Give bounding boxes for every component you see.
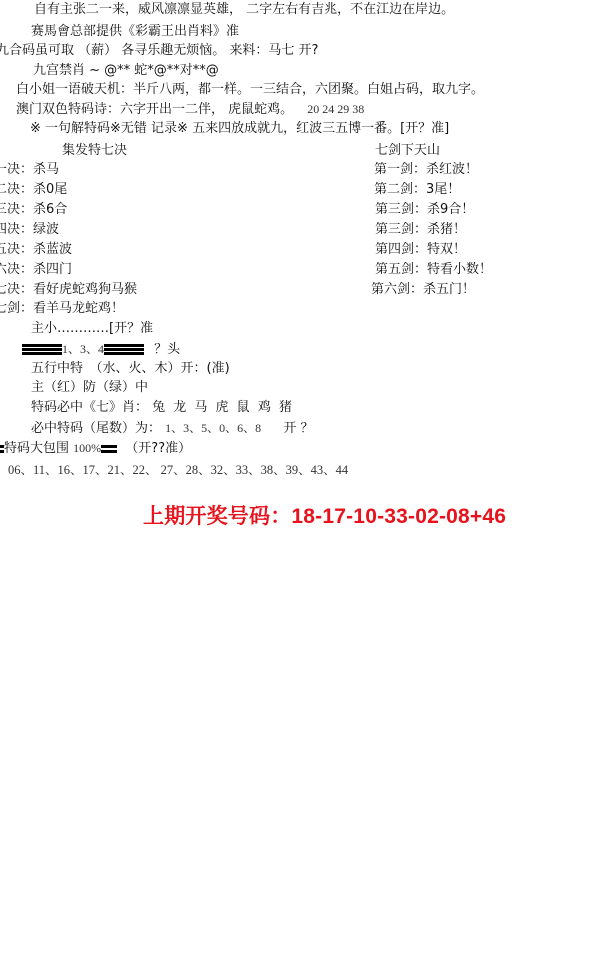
left-item-label: 七决： — [0, 282, 33, 297]
right-item: 第六剑：杀五门！ — [371, 282, 475, 298]
zodiac-line: 特码必中《七》肖： 兔 龙 马 虎 鼠 鸡 猪 — [31, 400, 294, 416]
left-item-value: 杀马 — [33, 162, 59, 177]
right-item-label: 第二剑： — [374, 182, 426, 197]
right-item-label: 第四剑： — [375, 242, 427, 257]
encircle-line: 特码大包围 100% （开??准） — [0, 440, 191, 457]
encircle-pct: 100% — [73, 441, 101, 455]
left-item-value: 看羊马龙蛇鸡！ — [33, 301, 124, 316]
left-item-label: 六决： — [0, 262, 33, 277]
triple-bar-icon — [104, 344, 144, 355]
double-bar-icon — [0, 444, 4, 453]
tail-suffix: 开 ？ — [283, 421, 313, 436]
double-bar-icon — [101, 444, 117, 453]
left-item: 五决：杀蓝波 — [0, 242, 72, 258]
left-item: 三决：杀6合 — [0, 202, 67, 218]
header-line-2: 赛馬會总部提供《彩霸王出肖料》准 — [31, 24, 239, 40]
header-line-5: 白小姐一语破天机：半斤八两，都一样。一三结合，六团聚。白姐占码，取九字。 — [16, 82, 484, 98]
main-defense-line: 主（红）防（绿）中 — [31, 380, 148, 396]
tail-label: 必中特码（尾数）为： — [31, 421, 161, 436]
left-item: 四决：绿波 — [0, 222, 59, 238]
left-item-label: 二决： — [0, 182, 33, 197]
left-item-value: 看好虎蛇鸡狗马猴 — [33, 282, 137, 297]
left-item-value: 杀0尾 — [33, 182, 67, 197]
right-section-title: 七剑下天山 — [375, 143, 440, 159]
right-item-value: 杀五门！ — [423, 282, 475, 297]
tail-numbers: 1、3、5、0、6、8 — [165, 421, 261, 435]
left-item-label: 一决： — [0, 162, 33, 177]
right-item: 第三剑：杀9合！ — [375, 202, 474, 218]
right-item-label: 第六剑： — [371, 282, 423, 297]
right-item-value: 特看小数！ — [427, 262, 492, 277]
left-item-value: 杀6合 — [33, 202, 67, 217]
right-item: 第四剑：特双！ — [375, 242, 466, 258]
header-line-4: 九宫禁肖 ~ @** 蛇*@**对**@ — [33, 63, 219, 79]
left-item-label: 七剑： — [0, 301, 33, 316]
right-item-value: 杀猪！ — [427, 222, 466, 237]
bar-suffix: ？头 — [154, 342, 180, 357]
header-line-1: 自有主张二一来，威风凛凛显英雄， 二字左右有吉兆，不在江边在岸边。 — [34, 2, 454, 18]
main-small-line: 主小…………[开？准 — [31, 321, 153, 337]
left-item: 一决：杀马 — [0, 162, 59, 178]
left-item-label: 四决： — [0, 222, 33, 237]
poem-text: 澳门双色特码诗：六字开出一二伴， 虎鼠蛇鸡。 — [16, 102, 293, 117]
right-item-value: 特双！ — [427, 242, 466, 257]
right-item-label: 第三剑： — [375, 202, 427, 217]
left-item: 二决：杀0尾 — [0, 182, 67, 198]
header-line-7: ※ 一句解特码※无错 记录※ 五来四放成就九，红波三五博一番。[开？准] — [30, 121, 449, 137]
right-item-label: 第五剑： — [375, 262, 427, 277]
right-item-value: 3尾！ — [426, 182, 460, 197]
tail-line: 必中特码（尾数）为： 1、3、5、0、6、8 开 ？ — [31, 420, 313, 437]
left-item: 七剑：看羊马龙蛇鸡！ — [0, 301, 124, 317]
header-line-3: 九合码虽可取 （薪） 各寻乐趣无烦恼。 来料：马七 开? — [0, 43, 318, 59]
right-item: 第五剑：特看小数！ — [375, 262, 492, 278]
right-item-label: 第一剑： — [374, 162, 426, 177]
encircle-label: 特码大包围 — [4, 441, 69, 456]
right-item-label: 第三剑： — [375, 222, 427, 237]
last-draw-numbers: 18-17-10-33-02-08+46 — [291, 505, 506, 528]
last-draw-label: 上期开奖号码： — [143, 505, 291, 528]
right-item: 第二剑：3尾！ — [374, 182, 460, 198]
left-item: 六决：杀四门 — [0, 262, 72, 278]
left-item-label: 五决： — [0, 242, 33, 257]
last-draw-banner: 上期开奖号码：18-17-10-33-02-08+46 — [143, 504, 506, 530]
right-item-value: 杀红波！ — [426, 162, 478, 177]
five-elements-line: 五行中特 （水、火、木）开：(准) — [31, 361, 230, 377]
left-item: 七决：看好虎蛇鸡狗马猴 — [0, 282, 137, 298]
left-section-title: 集发特七决 — [62, 143, 127, 159]
right-item: 第三剑：杀猪！ — [375, 222, 466, 238]
triple-bar-icon — [22, 344, 62, 355]
zodiac-list: 兔 龙 马 虎 鼠 鸡 猪 — [152, 400, 294, 415]
encircle-numbers: 06、11、16、17、21、22、 27、28、32、33、38、39、43、… — [8, 462, 348, 478]
right-item: 第一剑：杀红波！ — [374, 162, 478, 178]
zodiac-label: 特码必中《七》肖： — [31, 400, 148, 415]
bar-numbers-line: 1、3、4 ？头 — [22, 341, 180, 358]
left-item-label: 三决： — [0, 202, 33, 217]
encircle-suffix: （开??准） — [125, 441, 191, 456]
left-item-value: 杀蓝波 — [33, 242, 72, 257]
right-item-value: 杀9合！ — [427, 202, 474, 217]
header-line-6: 澳门双色特码诗：六字开出一二伴， 虎鼠蛇鸡。 20 24 29 38 — [16, 101, 364, 118]
left-item-value: 绿波 — [33, 222, 59, 237]
poem-numbers: 20 24 29 38 — [307, 102, 364, 116]
bar-numbers: 1、3、4 — [62, 342, 104, 356]
left-item-value: 杀四门 — [33, 262, 72, 277]
